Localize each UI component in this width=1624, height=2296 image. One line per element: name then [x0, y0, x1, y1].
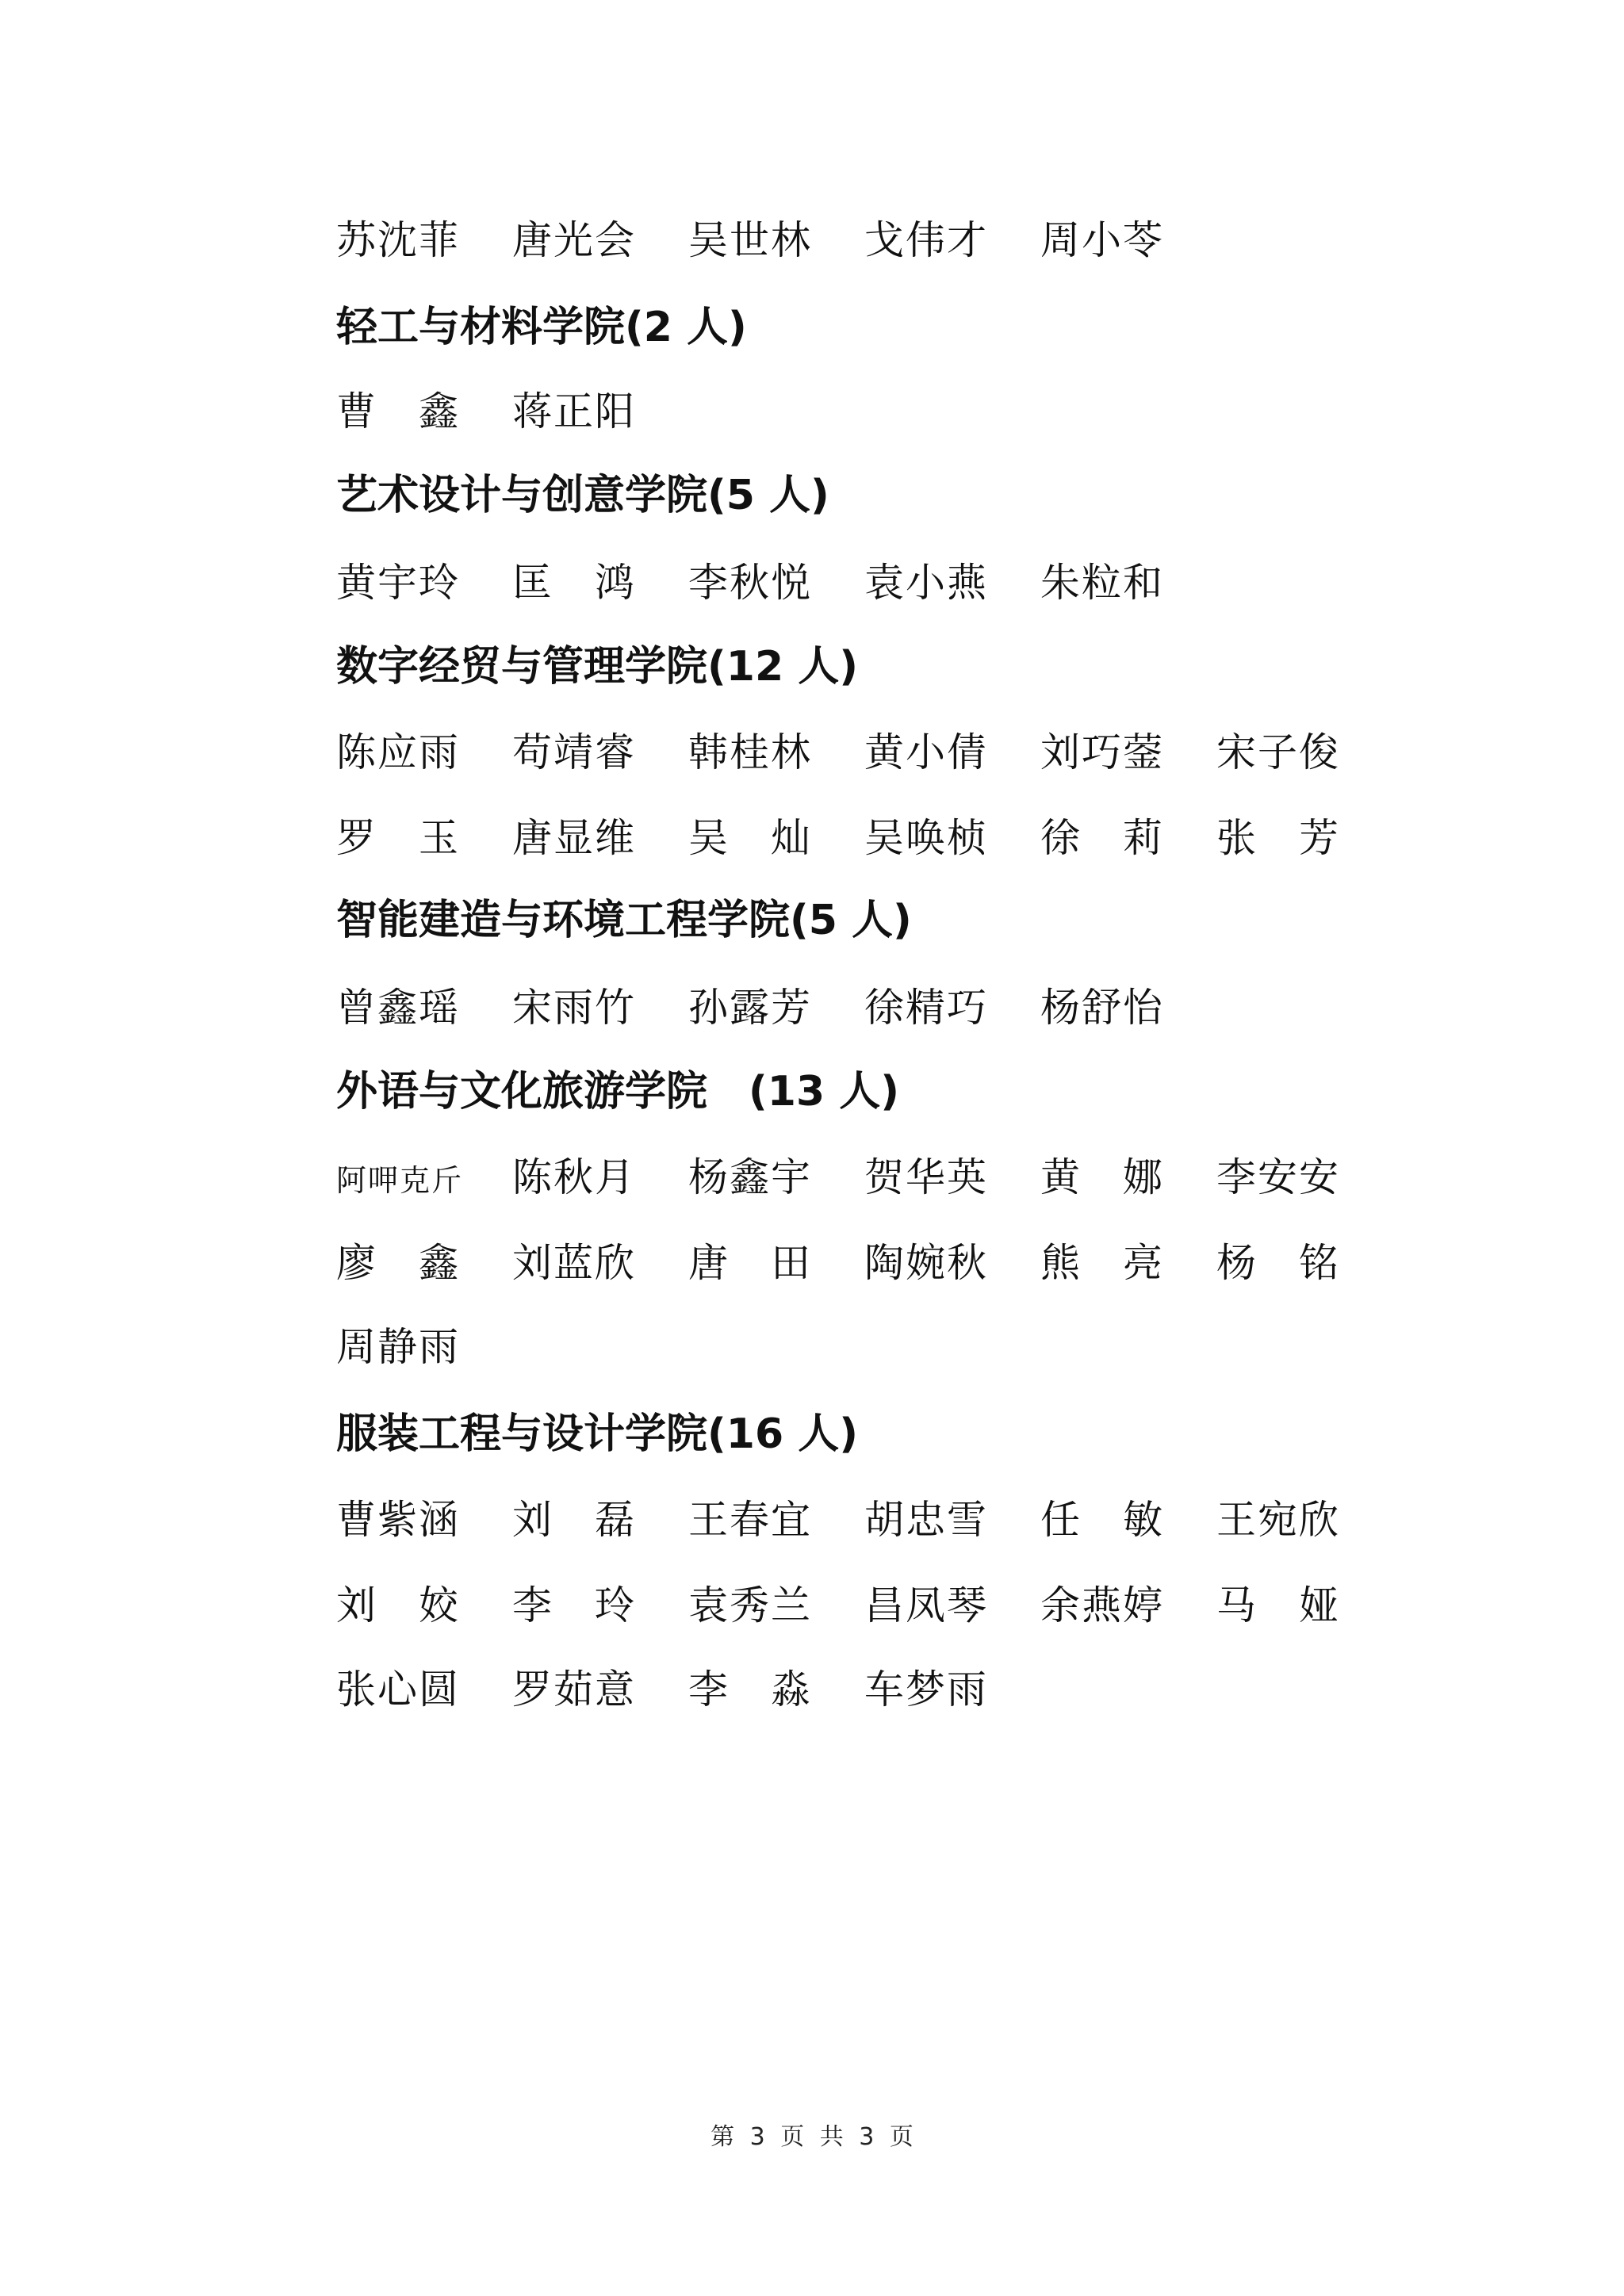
person-name: 杨 铭 [1216, 1235, 1392, 1291]
section-heading-foreign-languages: 外语与文化旅游学院 (13 人) [336, 1064, 899, 1119]
person-name: 宋子俊 [1216, 725, 1392, 780]
person-name: 黄宇玲 [336, 555, 512, 610]
person-name: 刘 磊 [512, 1492, 688, 1548]
person-name: 蒋正阳 [512, 384, 688, 439]
name-row: 罗 玉唐显维吴 灿吴唤桢徐 莉张 芳 [336, 810, 1392, 866]
person-name: 吴唤桢 [864, 810, 1040, 866]
person-name: 陈秋月 [512, 1150, 688, 1205]
person-name: 昌凤琴 [864, 1578, 1040, 1633]
name-row: 曾鑫瑶宋雨竹孙露芳徐精巧杨舒怡 [336, 980, 1216, 1035]
person-name: 余燕婷 [1040, 1578, 1216, 1633]
person-name: 罗茹意 [512, 1662, 688, 1717]
person-name: 杨舒怡 [1040, 980, 1216, 1035]
person-name: 熊 亮 [1040, 1235, 1216, 1291]
document-page: 苏沈菲唐光会吴世林戈伟才周小苓 轻工与材料学院(2 人) 曹 鑫蒋正阳 艺术设计… [0, 0, 1624, 2296]
person-name: 刘巧蓥 [1040, 725, 1216, 780]
person-name: 徐 莉 [1040, 810, 1216, 866]
person-name: 孙露芳 [688, 980, 864, 1035]
person-name: 唐显维 [512, 810, 688, 866]
person-name: 刘 姣 [336, 1578, 512, 1633]
section-heading-intelligent-construction: 智能建造与环境工程学院(5 人) [336, 893, 912, 948]
person-name: 徐精巧 [864, 980, 1040, 1035]
name-row: 张心圆罗茹意李 淼车梦雨 [336, 1662, 1040, 1717]
name-row: 曹 鑫蒋正阳 [336, 384, 688, 439]
person-name: 廖 鑫 [336, 1235, 512, 1291]
person-name: 黄 娜 [1040, 1150, 1216, 1205]
person-name: 阿呷克斤 [336, 1153, 512, 1208]
person-name: 曹紫涵 [336, 1492, 512, 1548]
person-name: 王春宜 [688, 1492, 864, 1548]
person-name: 李 淼 [688, 1662, 864, 1717]
person-name: 张 芳 [1216, 810, 1392, 866]
person-name: 匡 鸿 [512, 555, 688, 610]
person-name: 罗 玉 [336, 810, 512, 866]
person-name: 胡忠雪 [864, 1492, 1040, 1548]
name-row: 曹紫涵刘 磊王春宜胡忠雪任 敏王宛欣 [336, 1492, 1392, 1548]
person-name: 宋雨竹 [512, 980, 688, 1035]
name-row: 黄宇玲匡 鸿李秋悦袁小燕朱粒和 [336, 555, 1216, 610]
person-name: 陈应雨 [336, 725, 512, 780]
person-name: 袁小燕 [864, 555, 1040, 610]
person-name: 唐 田 [688, 1235, 864, 1291]
page-number-footer: 第 3 页 共 3 页 [0, 2117, 1624, 2152]
person-name: 陶婉秋 [864, 1235, 1040, 1291]
person-name: 马 娅 [1216, 1578, 1392, 1633]
person-name: 黄小倩 [864, 725, 1040, 780]
section-heading-garment-engineering: 服装工程与设计学院(16 人) [336, 1406, 858, 1462]
section-heading-art-design: 艺术设计与创意学院(5 人) [336, 468, 829, 523]
person-name: 唐光会 [512, 212, 688, 268]
section-heading-light-industry: 轻工与材料学院(2 人) [336, 300, 747, 355]
person-name: 韩桂林 [688, 725, 864, 780]
person-name: 王宛欣 [1216, 1492, 1392, 1548]
person-name: 吴世林 [688, 212, 864, 268]
name-row: 刘 姣李 玲袁秀兰昌凤琴余燕婷马 娅 [336, 1578, 1392, 1633]
person-name: 张心圆 [336, 1662, 512, 1717]
name-row: 周静雨 [336, 1319, 512, 1375]
person-name: 袁秀兰 [688, 1578, 864, 1633]
name-row: 廖 鑫刘蓝欣唐 田陶婉秋熊 亮杨 铭 [336, 1235, 1392, 1291]
person-name: 贺华英 [864, 1150, 1040, 1205]
person-name: 苟靖睿 [512, 725, 688, 780]
person-name: 李秋悦 [688, 555, 864, 610]
person-name: 曾鑫瑶 [336, 980, 512, 1035]
name-row: 苏沈菲唐光会吴世林戈伟才周小苓 [336, 212, 1216, 268]
person-name: 任 敏 [1040, 1492, 1216, 1548]
person-name: 李安安 [1216, 1150, 1392, 1205]
name-row: 阿呷克斤陈秋月杨鑫宇贺华英黄 娜李安安 [336, 1150, 1392, 1205]
person-name: 苏沈菲 [336, 212, 512, 268]
section-heading-digital-trade: 数字经贸与管理学院(12 人) [336, 639, 858, 695]
name-row: 陈应雨苟靖睿韩桂林黄小倩刘巧蓥宋子俊 [336, 725, 1392, 780]
person-name: 吴 灿 [688, 810, 864, 866]
person-name: 曹 鑫 [336, 384, 512, 439]
person-name: 车梦雨 [864, 1662, 1040, 1717]
person-name: 周小苓 [1040, 212, 1216, 268]
person-name: 周静雨 [336, 1319, 512, 1375]
person-name: 刘蓝欣 [512, 1235, 688, 1291]
person-name: 李 玲 [512, 1578, 688, 1633]
person-name: 戈伟才 [864, 212, 1040, 268]
person-name: 杨鑫宇 [688, 1150, 864, 1205]
person-name: 朱粒和 [1040, 555, 1216, 610]
